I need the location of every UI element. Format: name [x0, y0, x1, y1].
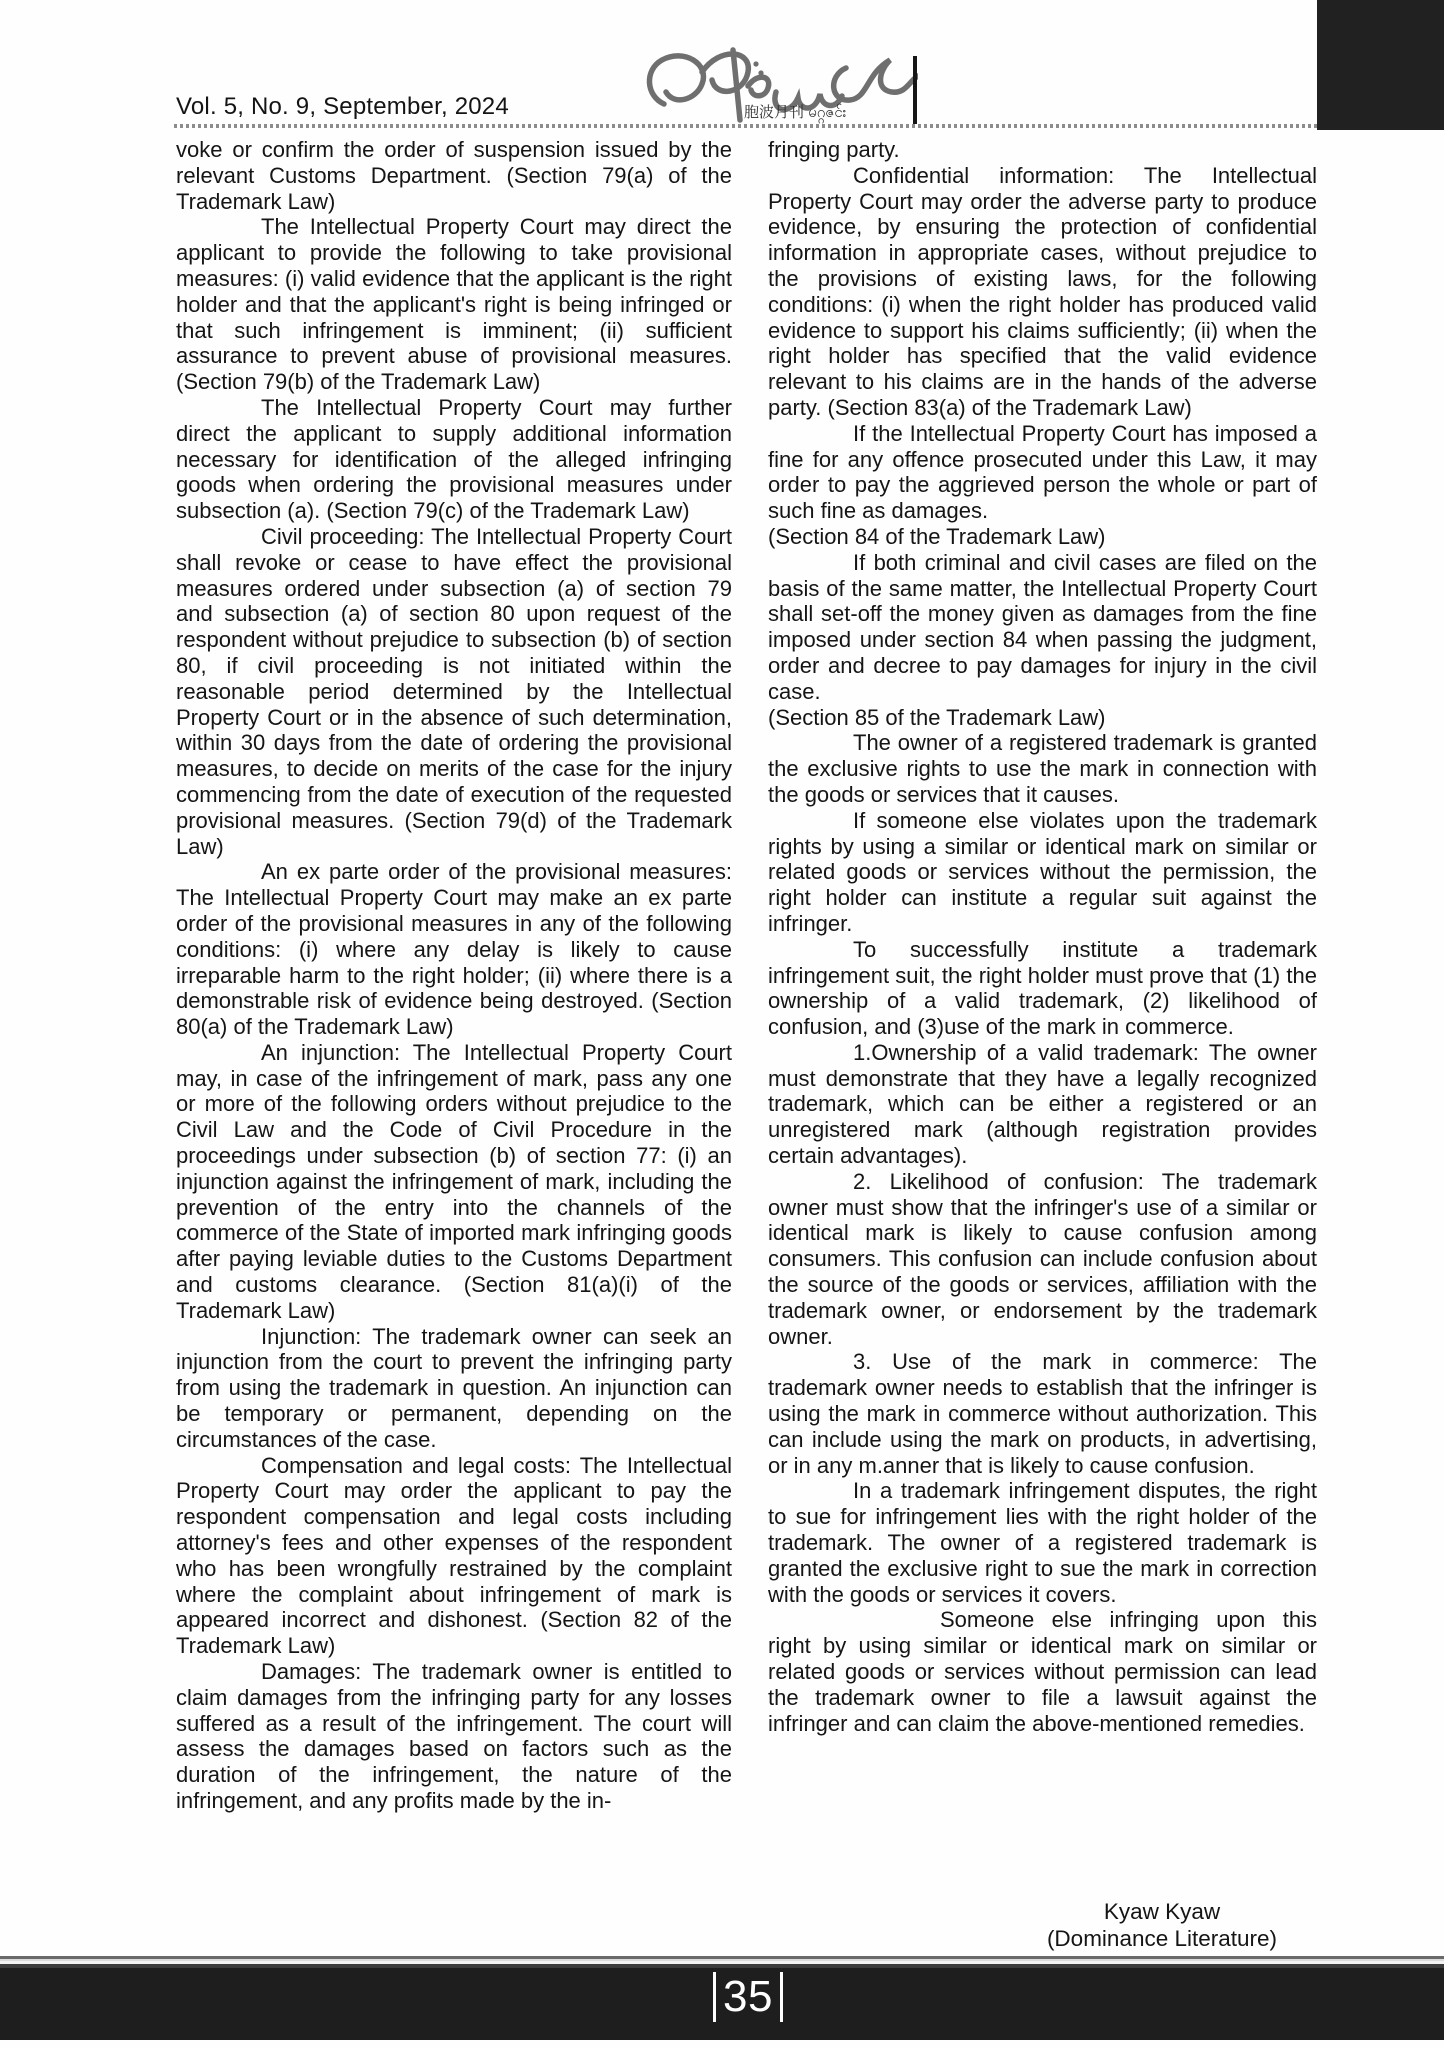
article-column-right: fringing party.Confidential information:… [768, 137, 1317, 1736]
paragraph: Confidential information: The Intellectu… [768, 163, 1317, 421]
paragraph: In a trademark infringement disputes, th… [768, 1478, 1317, 1607]
paragraph: Compensation and legal costs: The Intell… [176, 1453, 732, 1659]
paragraph: 2. Likelihood of confusion: The trademar… [768, 1169, 1317, 1350]
magazine-logo-caption: 胞波月刊 မဂ္ဂဇင်း [744, 101, 846, 125]
header-dotted-rule [174, 124, 1317, 128]
signature-author: Kyaw Kyaw [947, 1898, 1377, 1925]
paragraph: Injunction: The trademark owner can seek… [176, 1324, 732, 1453]
page-number-bar-left [713, 1972, 716, 2022]
paragraph: (Section 84 of the Trademark Law) [768, 524, 1317, 550]
paragraph: (Section 85 of the Trademark Law) [768, 705, 1317, 731]
paragraph: Someone else infringing upon this right … [768, 1607, 1317, 1736]
paragraph: An injunction: The Intellectual Property… [176, 1040, 732, 1324]
corner-black-block [1317, 0, 1444, 130]
signature-attribution: (Dominance Literature) [947, 1925, 1377, 1952]
page-number-group: 35 [713, 1972, 783, 2022]
paragraph: The Intellectual Property Court may furt… [176, 395, 732, 524]
paragraph: voke or confirm the order of suspension … [176, 137, 732, 214]
magazine-page: Vol. 5, No. 9, September, 2024 胞波月刊 မဂ္ဂ… [0, 0, 1444, 2048]
page-number: 35 [723, 1972, 773, 2022]
paragraph: The Intellectual Property Court may dire… [176, 214, 732, 395]
paragraph: 1.Ownership of a valid trademark: The ow… [768, 1040, 1317, 1169]
article-column-left: voke or confirm the order of suspension … [176, 137, 732, 1814]
paragraph: fringing party. [768, 137, 1317, 163]
paragraph: The owner of a registered trademark is g… [768, 730, 1317, 807]
header-divider-bar [913, 56, 917, 124]
paragraph: Damages: The trademark owner is entitled… [176, 1659, 732, 1814]
page-number-bar-right [780, 1972, 783, 2022]
paragraph: To successfully institute a trademark in… [768, 937, 1317, 1040]
paragraph: If both criminal and civil cases are fil… [768, 550, 1317, 705]
paragraph: If someone else violates upon the tradem… [768, 808, 1317, 937]
paragraph: Civil proceeding: The Intellectual Prope… [176, 524, 732, 859]
paragraph: If the Intellectual Property Court has i… [768, 421, 1317, 524]
signature-block: Kyaw Kyaw (Dominance Literature) [947, 1898, 1377, 1952]
paragraph: An ex parte order of the provisional mea… [176, 859, 732, 1040]
issue-line: Vol. 5, No. 9, September, 2024 [176, 93, 509, 121]
footer-rule [0, 1956, 1444, 1968]
paragraph: 3. Use of the mark in commerce: The trad… [768, 1349, 1317, 1478]
